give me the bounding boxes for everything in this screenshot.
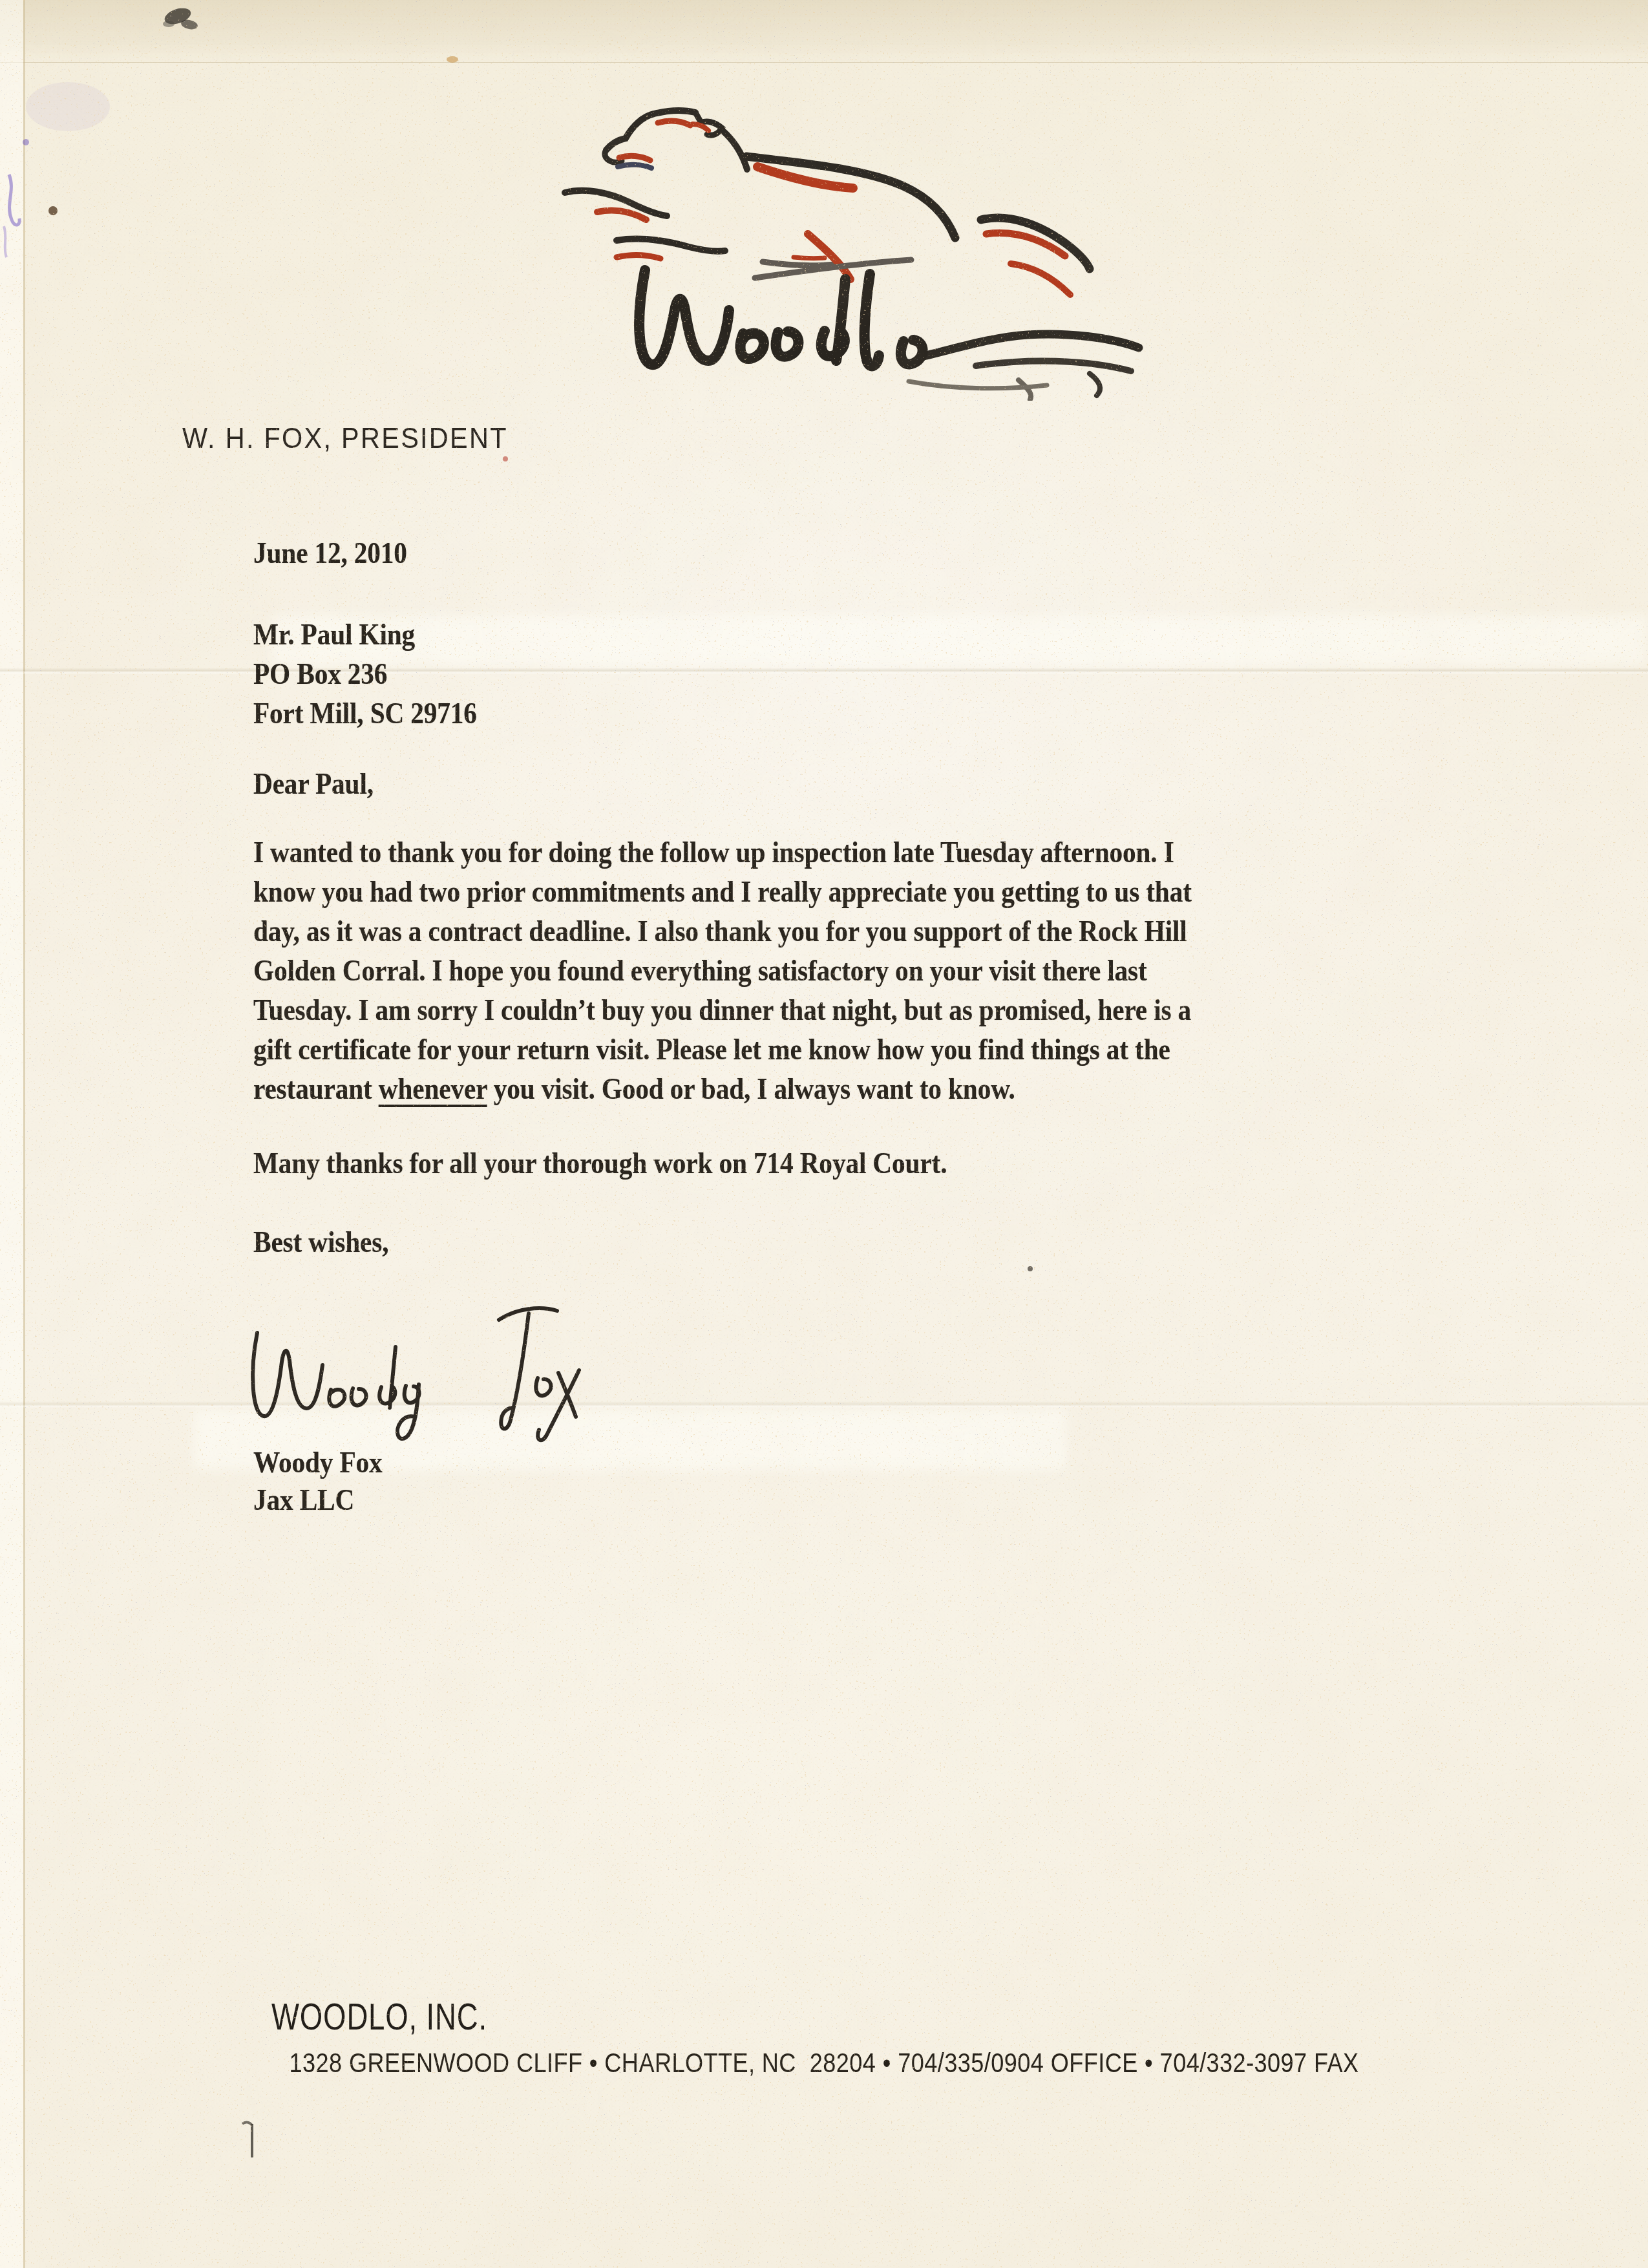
red-speck <box>503 456 508 461</box>
paper-top-shading <box>0 0 1648 63</box>
officer-line: W. H. FOX, PRESIDENT <box>182 421 508 455</box>
closing-line: Best wishes, <box>253 1223 388 1262</box>
fold-highlight-upper <box>271 615 1648 666</box>
leaping-fox-icon <box>549 97 1163 401</box>
footer-address-line: 1328 GREENWOOD CLIFF • CHARLOTTE, NC 282… <box>289 2048 1358 2079</box>
recipient-address: Mr. Paul King PO Box 236 Fort Mill, SC 2… <box>253 615 477 734</box>
typed-signer-name: Woody Fox <box>253 1443 383 1483</box>
last-line-post: you visit. Good or bad, I always want to… <box>487 1072 1015 1106</box>
underlined-word: whenever <box>379 1072 487 1106</box>
footer-company-name: WOODLO, INC. <box>271 1996 487 2039</box>
brown-speck <box>48 206 58 215</box>
paper-left-edge-strip <box>0 0 23 2268</box>
salutation: Dear Paul, <box>253 765 374 804</box>
letter-page: W. H. FOX, PRESIDENT June 12, 2010 Mr. P… <box>0 0 1648 2268</box>
body-paragraph-1-last-line: restaurant whenever you visit. Good or b… <box>253 1070 1015 1109</box>
signature-script-icon <box>246 1288 595 1449</box>
last-line-pre: restaurant <box>253 1072 379 1106</box>
handwritten-signature <box>246 1288 595 1449</box>
logo-script-woodlo <box>639 270 923 366</box>
date-line: June 12, 2010 <box>253 534 407 573</box>
woodlo-logo <box>549 97 1163 401</box>
typed-signer-company: Jax LLC <box>253 1481 354 1520</box>
body-paragraph-2: Many thanks for all your thorough work o… <box>253 1144 947 1183</box>
pen-mark <box>242 2123 253 2157</box>
tiny-ink-dot <box>1028 1266 1033 1271</box>
body-paragraph-1: I wanted to thank you for doing the foll… <box>253 833 1192 1070</box>
paper-left-edge-line <box>23 0 25 2268</box>
fold-crease-upper <box>0 668 1648 674</box>
